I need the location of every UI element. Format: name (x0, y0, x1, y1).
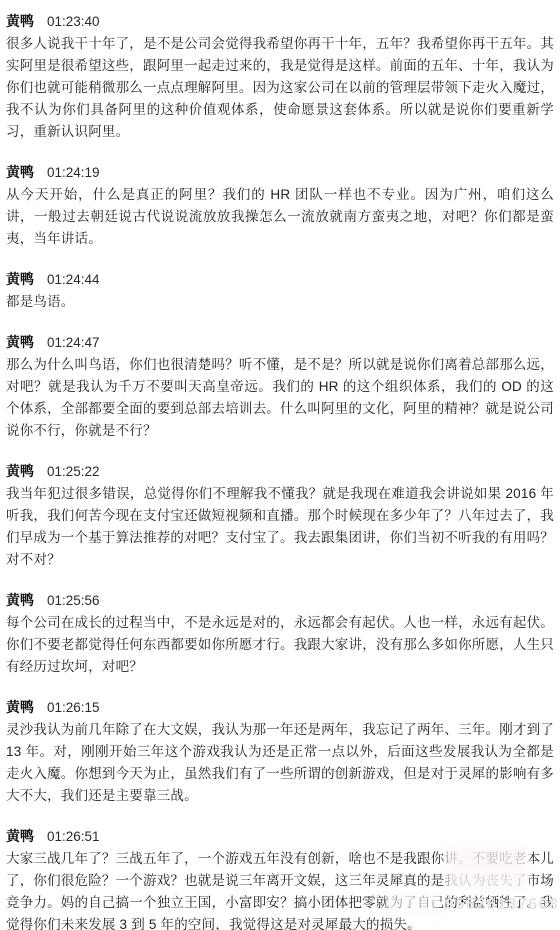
message-block: 黄鸭01:24:47 那么为什么叫鸟语，你们也很清楚吗？听不懂，是不是？所以就是… (6, 331, 554, 442)
message-text: 灵沙我认为前几年除了在大文娱，我认为那一年还是两年，我忘记了两年、三年。刚才到了… (6, 719, 554, 807)
message-text: 大家三战几年了？三战五年了，一个游戏五年没有创新，啥也不是我跟你讲。不要吃老本儿… (6, 848, 554, 930)
message-list: 黄鸭01:23:40 很多人说我干十年了，是不是公司会觉得我希望你再干十年，五年… (6, 10, 554, 930)
message-text: 每个公司在成长的过程当中，不是永远是对的，永远都会有起伏。人也一样，永远有起伏。… (6, 612, 554, 678)
speaker-name: 黄鸭 (6, 828, 34, 844)
message-text: 那么为什么叫鸟语，你们也很清楚吗？听不懂，是不是？所以就是说你们离着总部那么远，… (6, 354, 554, 442)
message-text: 从今天开始，什么是真正的阿里？我们的 HR 团队一样也不专业。因为广州，咱们这么… (6, 184, 554, 250)
message-timestamp: 01:26:15 (47, 700, 100, 715)
speaker-name: 黄鸭 (6, 463, 34, 479)
message-block: 黄鸭01:26:51 大家三战几年了？三战五年了，一个游戏五年没有创新，啥也不是… (6, 825, 554, 930)
speaker-name: 黄鸭 (6, 13, 34, 29)
message-text: 都是鸟语。 (6, 291, 554, 313)
message-header: 黄鸭01:24:47 (6, 331, 554, 354)
message-timestamp: 01:24:44 (47, 272, 100, 287)
message-timestamp: 01:24:47 (47, 335, 100, 350)
speaker-name: 黄鸭 (6, 334, 34, 350)
message-header: 黄鸭01:24:44 (6, 268, 554, 291)
message-block: 黄鸭01:25:56 每个公司在成长的过程当中，不是永远是对的，永远都会有起伏。… (6, 589, 554, 678)
message-header: 黄鸭01:23:40 (6, 10, 554, 33)
message-text: 很多人说我干十年了，是不是公司会觉得我希望你再干十年，五年？我希望你再干五年。其… (6, 33, 554, 143)
message-timestamp: 01:25:22 (47, 464, 100, 479)
message-header: 黄鸭01:25:56 (6, 589, 554, 612)
message-block: 黄鸭01:26:15 灵沙我认为前几年除了在大文娱，我认为那一年还是两年，我忘记… (6, 696, 554, 807)
message-timestamp: 01:26:51 (47, 829, 100, 844)
message-text: 我当年犯过很多错误，总觉得你们不理解我不懂我？就是我现在难道我会讲说如果 201… (6, 483, 554, 571)
speaker-name: 黄鸭 (6, 699, 34, 715)
message-timestamp: 01:25:56 (47, 593, 100, 608)
message-header: 黄鸭01:24:19 (6, 161, 554, 184)
message-block: 黄鸭01:24:44 都是鸟语。 (6, 268, 554, 313)
speaker-name: 黄鸭 (6, 164, 34, 180)
message-block: 黄鸭01:24:19 从今天开始，什么是真正的阿里？我们的 HR 团队一样也不专… (6, 161, 554, 250)
message-block: 黄鸭01:25:22 我当年犯过很多错误，总觉得你们不理解我不懂我？就是我现在难… (6, 460, 554, 571)
message-timestamp: 01:23:40 (47, 14, 100, 29)
speaker-name: 黄鸭 (6, 592, 34, 608)
message-block: 黄鸭01:23:40 很多人说我干十年了，是不是公司会觉得我希望你再干十年，五年… (6, 10, 554, 143)
message-timestamp: 01:24:19 (47, 165, 100, 180)
message-header: 黄鸭01:26:51 (6, 825, 554, 848)
speaker-name: 黄鸭 (6, 271, 34, 287)
transcript-page: 黄鸭01:23:40 很多人说我干十年了，是不是公司会觉得我希望你再干十年，五年… (0, 0, 560, 930)
message-header: 黄鸭01:25:22 (6, 460, 554, 483)
message-header: 黄鸭01:26:15 (6, 696, 554, 719)
